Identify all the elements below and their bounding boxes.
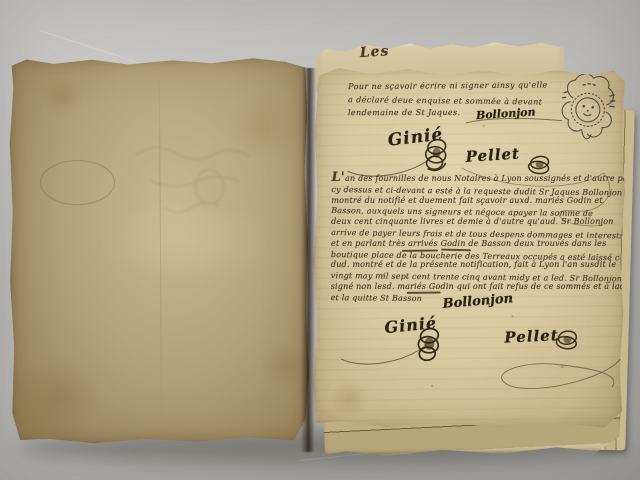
signature-paraph-icon [464,114,564,127]
body-paragraph: L'an des fournilles de nous Notaires à L… [331,173,627,306]
crossed-out-word [407,292,441,294]
signature-flourish-icon [336,341,431,372]
signature-flourish-icon [492,354,626,403]
crossed-out-word [402,249,438,251]
manuscript-line: signé non lesd. mariés Godin qui ont fai… [331,282,627,293]
manuscript-line: Pour ne sçavoir écrire ni signer ainsy q… [348,78,548,93]
left-blank-page [9,56,310,444]
manuscript-line: L'an des fournilles de nous Notaires à L… [331,173,626,185]
manuscript-line: deux cent cinquante livres et demie à d'… [331,217,626,228]
manuscript-page: Pour ne sçavoir écrire ni signer ainsy q… [312,65,627,429]
underlying-page-fragment-text: Les [359,43,390,61]
notarial-tax-stamp-icon [552,67,624,152]
manuscript-line: et en parlant très arrivés Godin de Bass… [331,239,626,250]
manuscript-line: dud. montré et de la présente notificati… [331,260,626,271]
ink-rosette-icon [554,328,580,352]
signature-pellet: Pellet [504,326,559,346]
manuscript-line: montré du notifié et duement fait sçavoi… [331,196,626,207]
ghost-oval-stain [37,157,117,208]
page-gutter-seam [300,68,315,452]
photograph-of-manuscript: Les [0,0,640,480]
